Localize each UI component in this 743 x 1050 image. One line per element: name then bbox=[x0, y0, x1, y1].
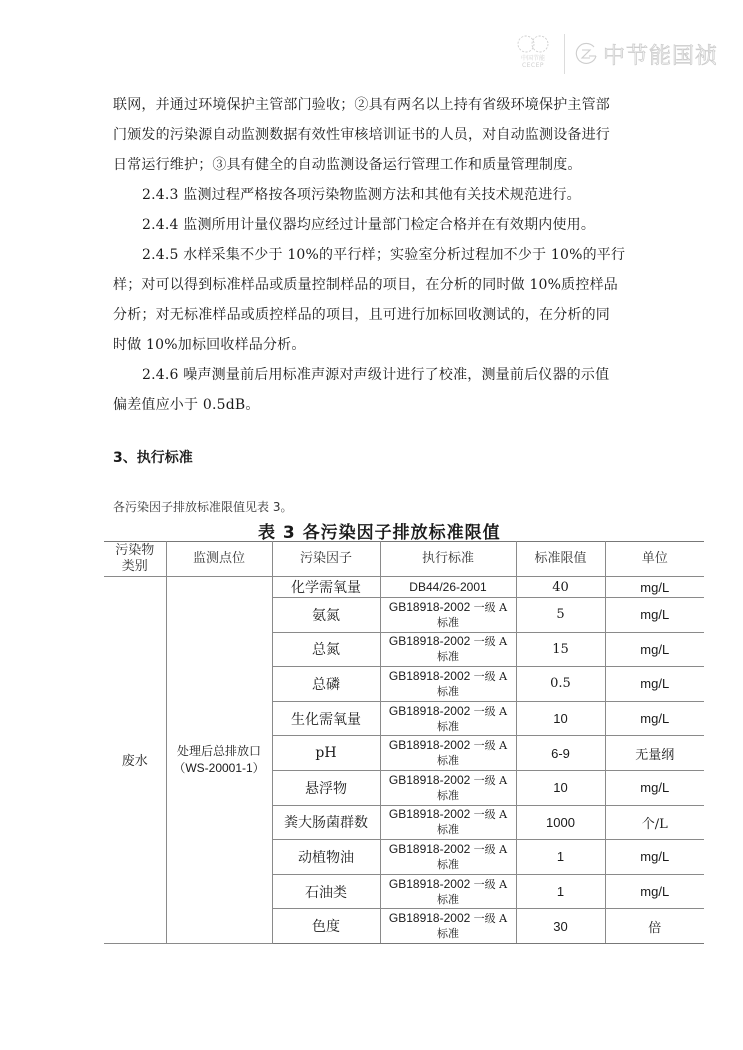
table-caption: 表 3 各污染因子排放标准限值 bbox=[258, 518, 501, 543]
guozhen-g-icon bbox=[573, 41, 599, 67]
brand-name: 中节能国祯 bbox=[603, 39, 718, 70]
standard-suffix: 标准 bbox=[437, 650, 459, 663]
standard-suffix: 标准 bbox=[437, 893, 459, 906]
factor-cell: 总磷 bbox=[272, 667, 380, 702]
standard-cell: GB18918-2002 一级 A标准 bbox=[380, 667, 516, 702]
standard-code: GB18918-2002 bbox=[389, 600, 470, 614]
standard-cell: GB18918-2002 一级 A标准 bbox=[380, 874, 516, 909]
standard-grade: 一级 A bbox=[474, 878, 507, 891]
paragraph-line: 偏差值应小于 0.5dB。 bbox=[113, 398, 633, 412]
standard-cell: DB44/26-2001 bbox=[380, 577, 516, 598]
factor-cell: 生化需氧量 bbox=[272, 701, 380, 736]
header-standard: 执行标准 bbox=[380, 542, 516, 577]
standard-code: GB18918-2002 bbox=[389, 738, 470, 752]
unit-cell: mg/L bbox=[605, 840, 704, 875]
standard-cell: GB18918-2002 一级 A标准 bbox=[380, 598, 516, 633]
limit-cell: 1 bbox=[516, 874, 605, 909]
logo-small-cn: 中国节能 bbox=[521, 55, 545, 62]
factor-cell: 石油类 bbox=[272, 874, 380, 909]
factor-cell: 动植物油 bbox=[272, 840, 380, 875]
standard-code: GB18918-2002 bbox=[389, 911, 470, 925]
factor-cell: 色度 bbox=[272, 909, 380, 944]
standard-cell: GB18918-2002 一级 A标准 bbox=[380, 736, 516, 771]
standard-grade: 一级 A bbox=[474, 705, 507, 718]
standard-code: GB18918-2002 bbox=[389, 807, 470, 821]
standard-suffix: 标准 bbox=[437, 616, 459, 629]
section-heading: 3、执行标准 bbox=[113, 447, 193, 467]
paragraph-line: 分析；对无标准样品或质控样品的项目，且可进行加标回收测试的，在分析的同 bbox=[113, 308, 633, 322]
standard-suffix: 标准 bbox=[437, 685, 459, 698]
standard-code: GB18918-2002 bbox=[389, 669, 470, 683]
standard-grade: 一级 A bbox=[474, 601, 507, 614]
factor-cell: 化学需氧量 bbox=[272, 577, 380, 598]
header-monitoring-point: 监测点位 bbox=[166, 542, 272, 577]
standard-suffix: 标准 bbox=[437, 720, 459, 733]
unit-cell: mg/L bbox=[605, 632, 704, 667]
standard-grade: 一级 A bbox=[474, 912, 507, 925]
limit-cell: 15 bbox=[516, 632, 605, 667]
emission-standards-table: 污染物 类别 监测点位 污染因子 执行标准 标准限值 单位 废水 处理后总排放口… bbox=[104, 541, 704, 944]
unit-cell: 无量纲 bbox=[605, 736, 704, 771]
paragraph-2-4-3: 2.4.3 监测过程严格按各项污染物监测方法和其他有关技术规范进行。 bbox=[142, 188, 662, 202]
header-limit: 标准限值 bbox=[516, 542, 605, 577]
standard-grade: 一级 A bbox=[474, 670, 507, 683]
standard-suffix: 标准 bbox=[437, 858, 459, 871]
standard-cell: GB18918-2002 一级 A标准 bbox=[380, 840, 516, 875]
monitoring-point-cell: 处理后总排放口 （WS-20001-1） bbox=[166, 577, 272, 944]
standard-grade: 一级 A bbox=[474, 739, 507, 752]
guozhen-brand: 中节能国祯 bbox=[573, 39, 718, 70]
limit-cell: 10 bbox=[516, 770, 605, 805]
unit-cell: mg/L bbox=[605, 577, 704, 598]
standard-code: GB18918-2002 bbox=[389, 704, 470, 718]
standard-grade: 一级 A bbox=[474, 808, 507, 821]
paragraph-2-4-4: 2.4.4 监测所用计量仪器均应经过计量部门检定合格并在有效期内使用。 bbox=[142, 218, 662, 232]
point-name: 处理后总排放口 bbox=[169, 743, 270, 760]
header-category: 污染物 类别 bbox=[104, 542, 166, 577]
paragraph-line: 门颁发的污染源自动监测数据有效性审核培训证书的人员，对自动监测设备进行 bbox=[113, 128, 633, 142]
unit-cell: mg/L bbox=[605, 701, 704, 736]
standard-suffix: 标准 bbox=[437, 754, 459, 767]
category-cell: 废水 bbox=[104, 577, 166, 944]
factor-cell: pH bbox=[272, 736, 380, 771]
header-unit: 单位 bbox=[605, 542, 704, 577]
standard-suffix: 标准 bbox=[437, 927, 459, 940]
unit-cell: 个/L bbox=[605, 805, 704, 840]
unit-cell: mg/L bbox=[605, 770, 704, 805]
factor-cell: 悬浮物 bbox=[272, 770, 380, 805]
header-category-line1: 污染物 bbox=[106, 543, 164, 559]
lead-text: 各污染因子排放标准限值见表 3。 bbox=[113, 498, 292, 515]
table-header-row: 污染物 类别 监测点位 污染因子 执行标准 标准限值 单位 bbox=[104, 542, 704, 577]
standard-cell: GB18918-2002 一级 A标准 bbox=[380, 632, 516, 667]
standard-suffix: 标准 bbox=[437, 789, 459, 802]
standard-code: GB18918-2002 bbox=[389, 773, 470, 787]
factor-cell: 粪大肠菌群数 bbox=[272, 805, 380, 840]
unit-cell: mg/L bbox=[605, 598, 704, 633]
standard-cell: GB18918-2002 一级 A标准 bbox=[380, 805, 516, 840]
limit-cell: 40 bbox=[516, 577, 605, 598]
standard-grade: 一级 A bbox=[474, 774, 507, 787]
limit-cell: 6-9 bbox=[516, 736, 605, 771]
paragraph-2-4-5: 2.4.5 水样采集不少于 10%的平行样；实验室分析过程加不少于 10%的平行 bbox=[142, 248, 662, 262]
standard-code: GB18918-2002 bbox=[389, 842, 470, 856]
unit-cell: mg/L bbox=[605, 667, 704, 702]
limit-cell: 1000 bbox=[516, 805, 605, 840]
cecep-rings-icon bbox=[516, 33, 550, 55]
paragraph-line: 日常运行维护；③具有健全的自动监测设备运行管理工作和质量管理制度。 bbox=[113, 158, 633, 172]
table-row: 废水 处理后总排放口 （WS-20001-1） 化学需氧量 DB44/26-20… bbox=[104, 577, 704, 598]
header-factor: 污染因子 bbox=[272, 542, 380, 577]
header-logo: 中国节能 CECEP 中节能国祯 bbox=[512, 33, 722, 75]
limit-cell: 1 bbox=[516, 840, 605, 875]
paragraph-line: 时做 10%加标回收样品分析。 bbox=[113, 338, 633, 352]
standard-code: GB18918-2002 bbox=[389, 634, 470, 648]
unit-cell: 倍 bbox=[605, 909, 704, 944]
standard-grade: 一级 A bbox=[474, 635, 507, 648]
paragraph-line: 样；对可以得到标准样品或质量控制样品的项目，在分析的同时做 10%质控样品 bbox=[113, 278, 633, 292]
unit-cell: mg/L bbox=[605, 874, 704, 909]
point-code: （WS-20001-1） bbox=[169, 760, 270, 777]
standard-code: GB18918-2002 bbox=[389, 877, 470, 891]
limit-cell: 10 bbox=[516, 701, 605, 736]
cecep-logo: 中国节能 CECEP bbox=[512, 33, 554, 75]
logo-small-en: CECEP bbox=[522, 62, 544, 69]
limit-cell: 30 bbox=[516, 909, 605, 944]
standard-suffix: 标准 bbox=[437, 823, 459, 836]
limit-cell: 5 bbox=[516, 598, 605, 633]
standard-cell: GB18918-2002 一级 A标准 bbox=[380, 909, 516, 944]
factor-cell: 总氮 bbox=[272, 632, 380, 667]
standard-grade: 一级 A bbox=[474, 843, 507, 856]
logo-divider bbox=[564, 34, 565, 74]
standard-cell: GB18918-2002 一级 A标准 bbox=[380, 701, 516, 736]
paragraph-2-4-6: 2.4.6 噪声测量前后用标准声源对声级计进行了校准，测量前后仪器的示值 bbox=[142, 368, 662, 382]
limit-cell: 0.5 bbox=[516, 667, 605, 702]
factor-cell: 氨氮 bbox=[272, 598, 380, 633]
header-category-line2: 类别 bbox=[106, 559, 164, 575]
paragraph-line: 联网，并通过环境保护主管部门验收；②具有两名以上持有省级环境保护主管部 bbox=[113, 98, 633, 112]
standard-cell: GB18918-2002 一级 A标准 bbox=[380, 770, 516, 805]
